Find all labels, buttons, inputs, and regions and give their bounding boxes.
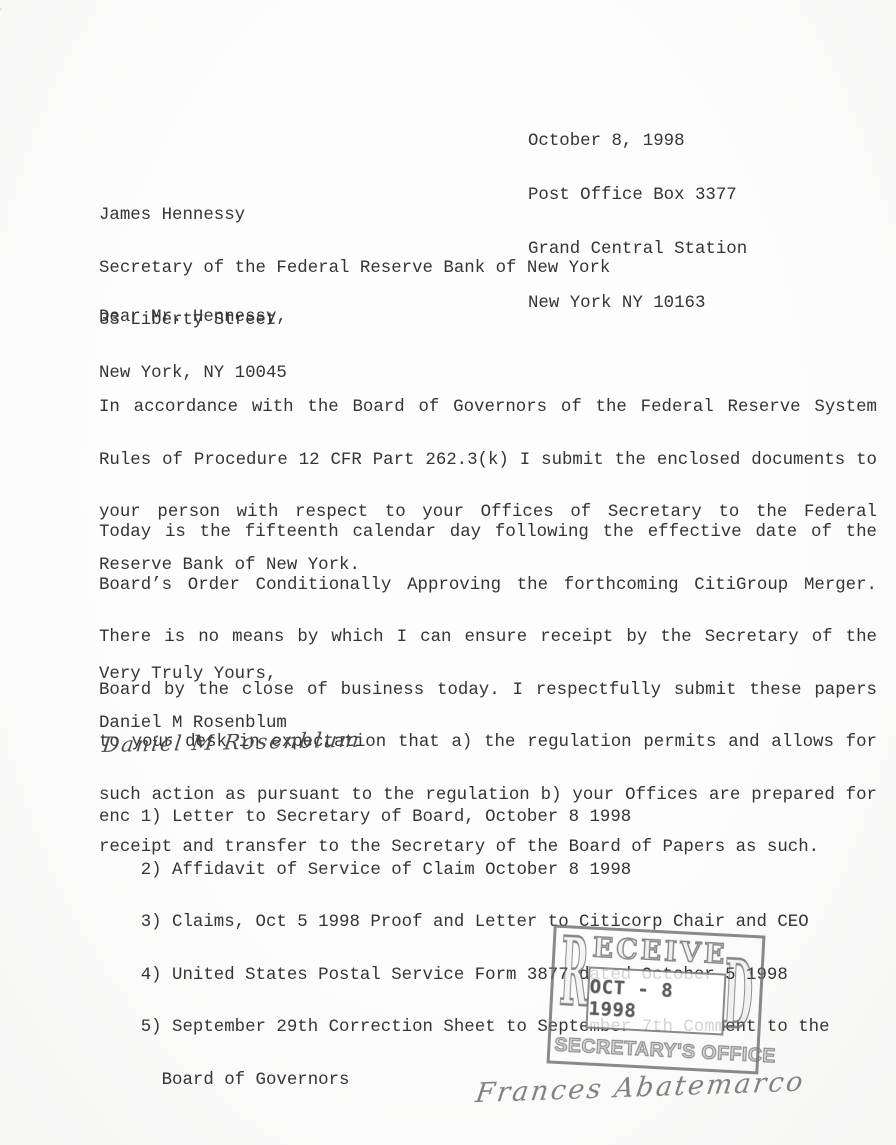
stamp-letter: E [592,935,614,964]
stamp-date: OCT - 8 1998 [588,976,724,1027]
stamp-center: E C E I V E OCT - 8 1998 [585,934,728,1035]
complimentary-close: Very Truly Yours, [99,666,276,684]
body-line: Rules of Procedure 12 CFR Part 262.3(k) … [99,452,877,470]
received-stamp: R D E C E I V E OCT - 8 1998 SECRETARY'S… [546,925,765,1075]
scan-artifact [0,0,31,55]
scanned-letter-page: October 8, 1998 Post Office Box 3377 Gra… [0,0,896,1145]
enclosure-line: 2) Affidavit of Service of Claim October… [99,862,830,880]
body-line: Today is the fifteenth calendar day foll… [99,524,877,542]
stamp-letter: C [615,936,638,965]
recipient-line-name: James Hennessy [99,207,610,225]
enclosure-line: enc 1) Letter to Secretary of Board, Oct… [99,809,830,827]
stamp-date-box: OCT - 8 1998 [585,966,726,1035]
stamp-letter: I [663,938,677,967]
body-line: Board by the close of business today. I … [99,682,877,700]
body-line: There is no means by which I can ensure … [99,629,877,647]
received-stamp-inner: R D E C E I V E OCT - 8 1998 [555,933,758,1039]
salutation: Dear Mr. Hennessy, [99,309,287,327]
enclosure-line: 3) Claims, Oct 5 1998 Proof and Letter t… [99,914,830,932]
stamp-letter: V [679,939,701,968]
recipient-line-title: Secretary of the Federal Reserve Bank of… [99,260,610,278]
body-line: Board’s Order Conditionally Approving th… [99,577,877,595]
stamp-received-letters: E C E I V E [589,934,728,969]
stamp-letter: E [703,940,725,969]
stamp-letter-d: D [722,958,755,1035]
stamp-letter: E [640,937,662,966]
sender-line-date: October 8, 1998 [528,133,747,151]
stamp-letter-r: R [558,935,590,1012]
body-line: In accordance with the Board of Governor… [99,399,877,417]
